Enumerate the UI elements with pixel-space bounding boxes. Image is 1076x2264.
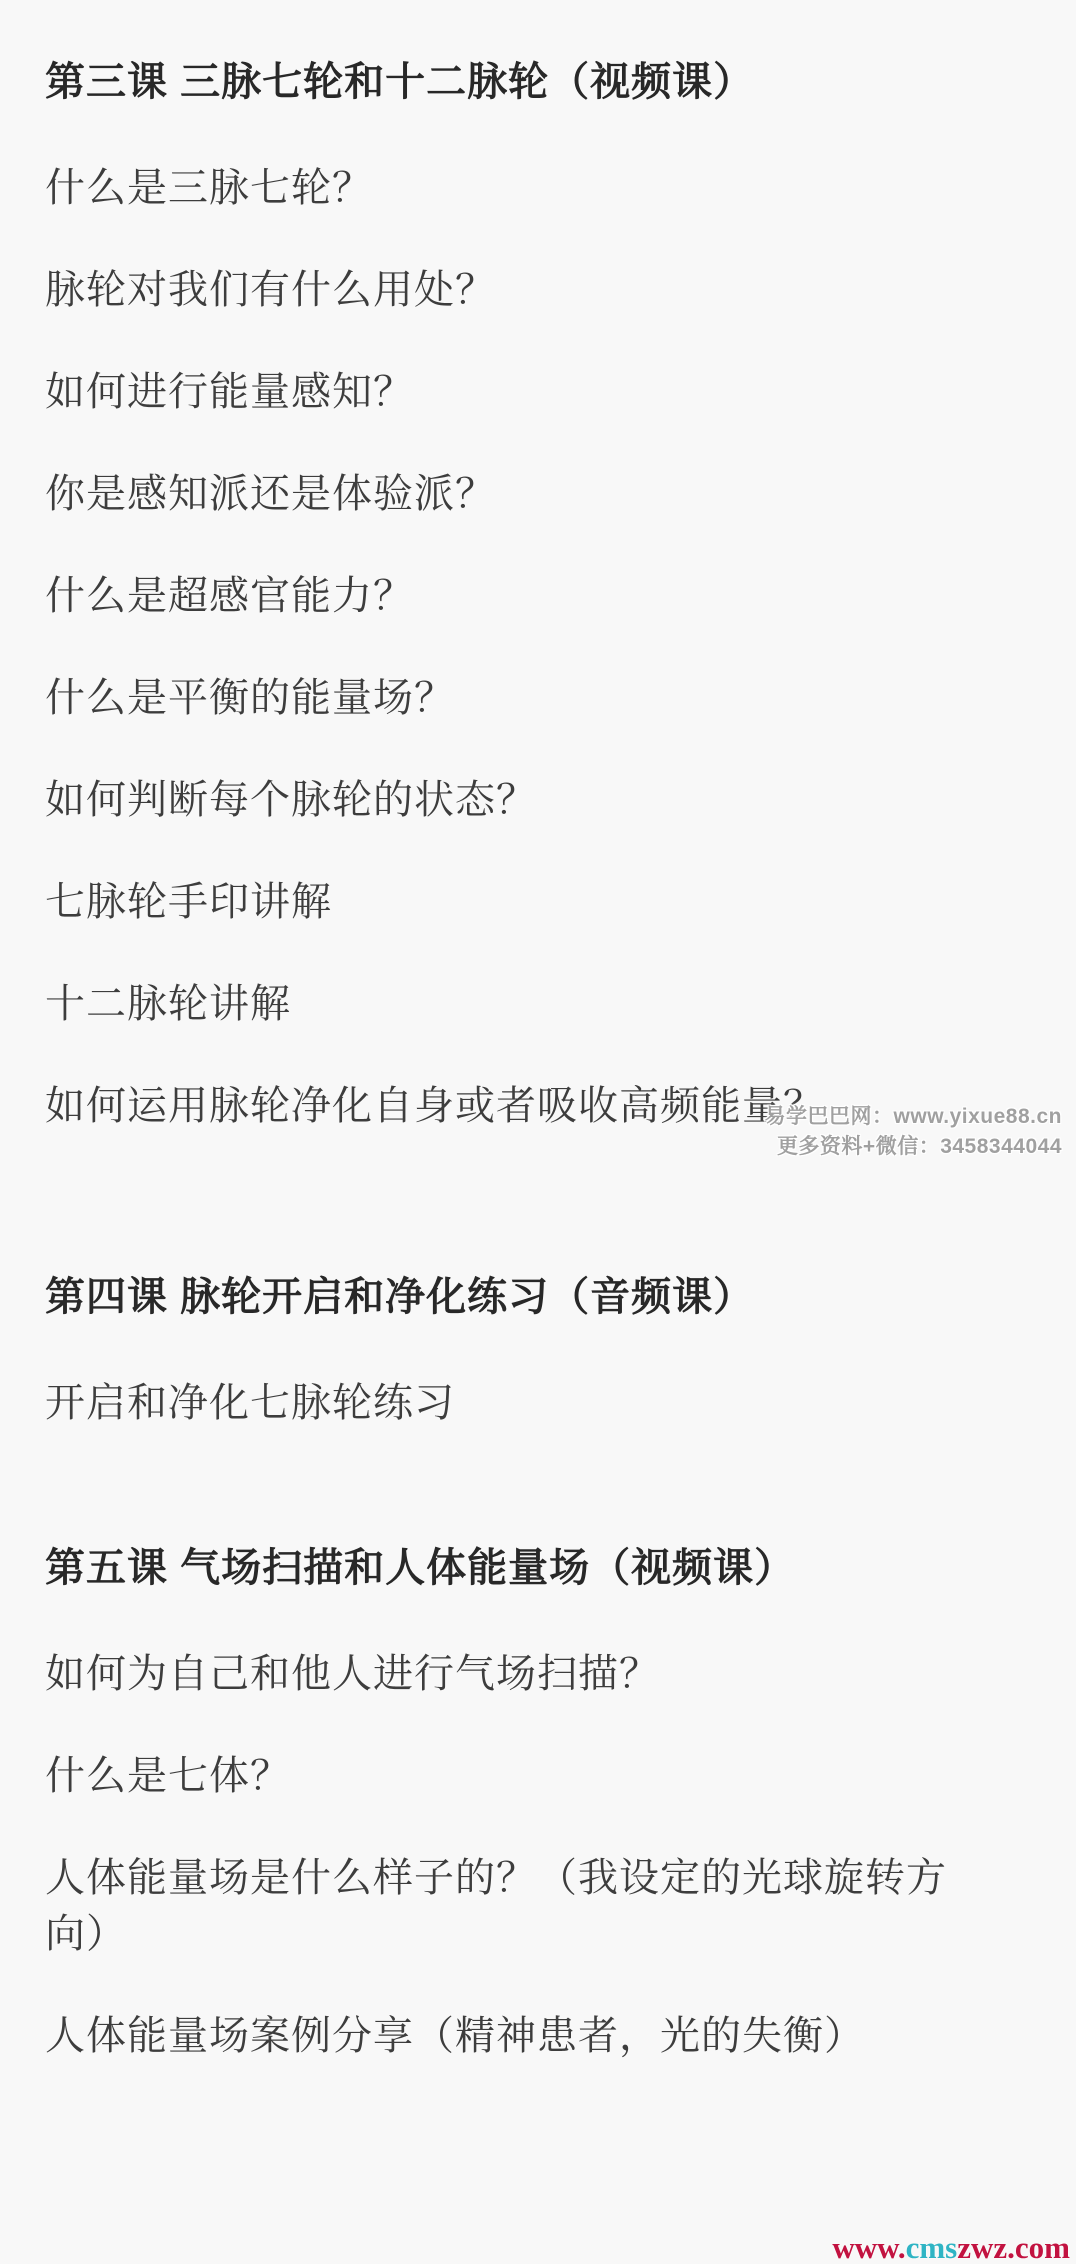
course-outline-content: 第三课 三脉七轮和十二脉轮（视频课） 什么是三脉七轮？ 脉轮对我们有什么用处？ … bbox=[45, 54, 980, 2110]
lesson-3-topic-3: 如何进行能量感知？ bbox=[45, 364, 980, 420]
section-lesson-4: 第四课 脉轮开启和净化练习（音频课） 开启和净化七脉轮练习 bbox=[45, 1269, 980, 1431]
lesson-3-topic-5: 什么是超感官能力？ bbox=[45, 568, 980, 624]
lesson-3-topic-7: 如何判断每个脉轮的状态？ bbox=[45, 772, 980, 828]
section-lesson-3: 第三课 三脉七轮和十二脉轮（视频课） 什么是三脉七轮？ 脉轮对我们有什么用处？ … bbox=[45, 54, 980, 1134]
lesson-5-topic-2: 什么是七体？ bbox=[45, 1748, 980, 1804]
lesson-3-topic-2: 脉轮对我们有什么用处？ bbox=[45, 262, 980, 318]
lesson-3-topic-1: 什么是三脉七轮？ bbox=[45, 160, 980, 216]
lesson-3-topic-8: 七脉轮手印讲解 bbox=[45, 874, 980, 930]
section-lesson-5: 第五课 气场扫描和人体能量场（视频课） 如何为自己和他人进行气场扫描？ 什么是七… bbox=[45, 1540, 980, 2064]
cmszwz-watermark-cms: cms bbox=[906, 2230, 958, 2264]
lesson-3-topic-4: 你是感知派还是体验派？ bbox=[45, 466, 980, 522]
yixue-watermark-line1: 易学巴巴网：www.yixue88.cn bbox=[765, 1102, 1062, 1132]
lesson-5-topic-4: 人体能量场案例分享（精神患者，光的失衡） bbox=[45, 2008, 980, 2064]
cmszwz-watermark-zwz: zwz.com bbox=[957, 2230, 1070, 2264]
lesson-5-heading: 第五课 气场扫描和人体能量场（视频课） bbox=[45, 1540, 980, 1596]
lesson-5-topic-3: 人体能量场是什么样子的？（我设定的光球旋转方向） bbox=[45, 1850, 980, 1962]
cmszwz-watermark: www.cmszwz.com bbox=[832, 2232, 1070, 2263]
lesson-3-topic-6: 什么是平衡的能量场？ bbox=[45, 670, 980, 726]
lesson-3-topic-9: 十二脉轮讲解 bbox=[45, 976, 980, 1032]
yixue-watermark: 易学巴巴网：www.yixue88.cn 更多资料+微信：3458344044 bbox=[765, 1102, 1062, 1162]
lesson-4-topic-1: 开启和净化七脉轮练习 bbox=[45, 1375, 980, 1431]
lesson-5-topic-1: 如何为自己和他人进行气场扫描？ bbox=[45, 1646, 980, 1702]
lesson-4-heading: 第四课 脉轮开启和净化练习（音频课） bbox=[45, 1269, 980, 1325]
lesson-3-heading: 第三课 三脉七轮和十二脉轮（视频课） bbox=[45, 54, 980, 110]
cmszwz-watermark-www: www. bbox=[832, 2230, 905, 2264]
yixue-watermark-line2: 更多资料+微信：3458344044 bbox=[765, 1132, 1062, 1162]
